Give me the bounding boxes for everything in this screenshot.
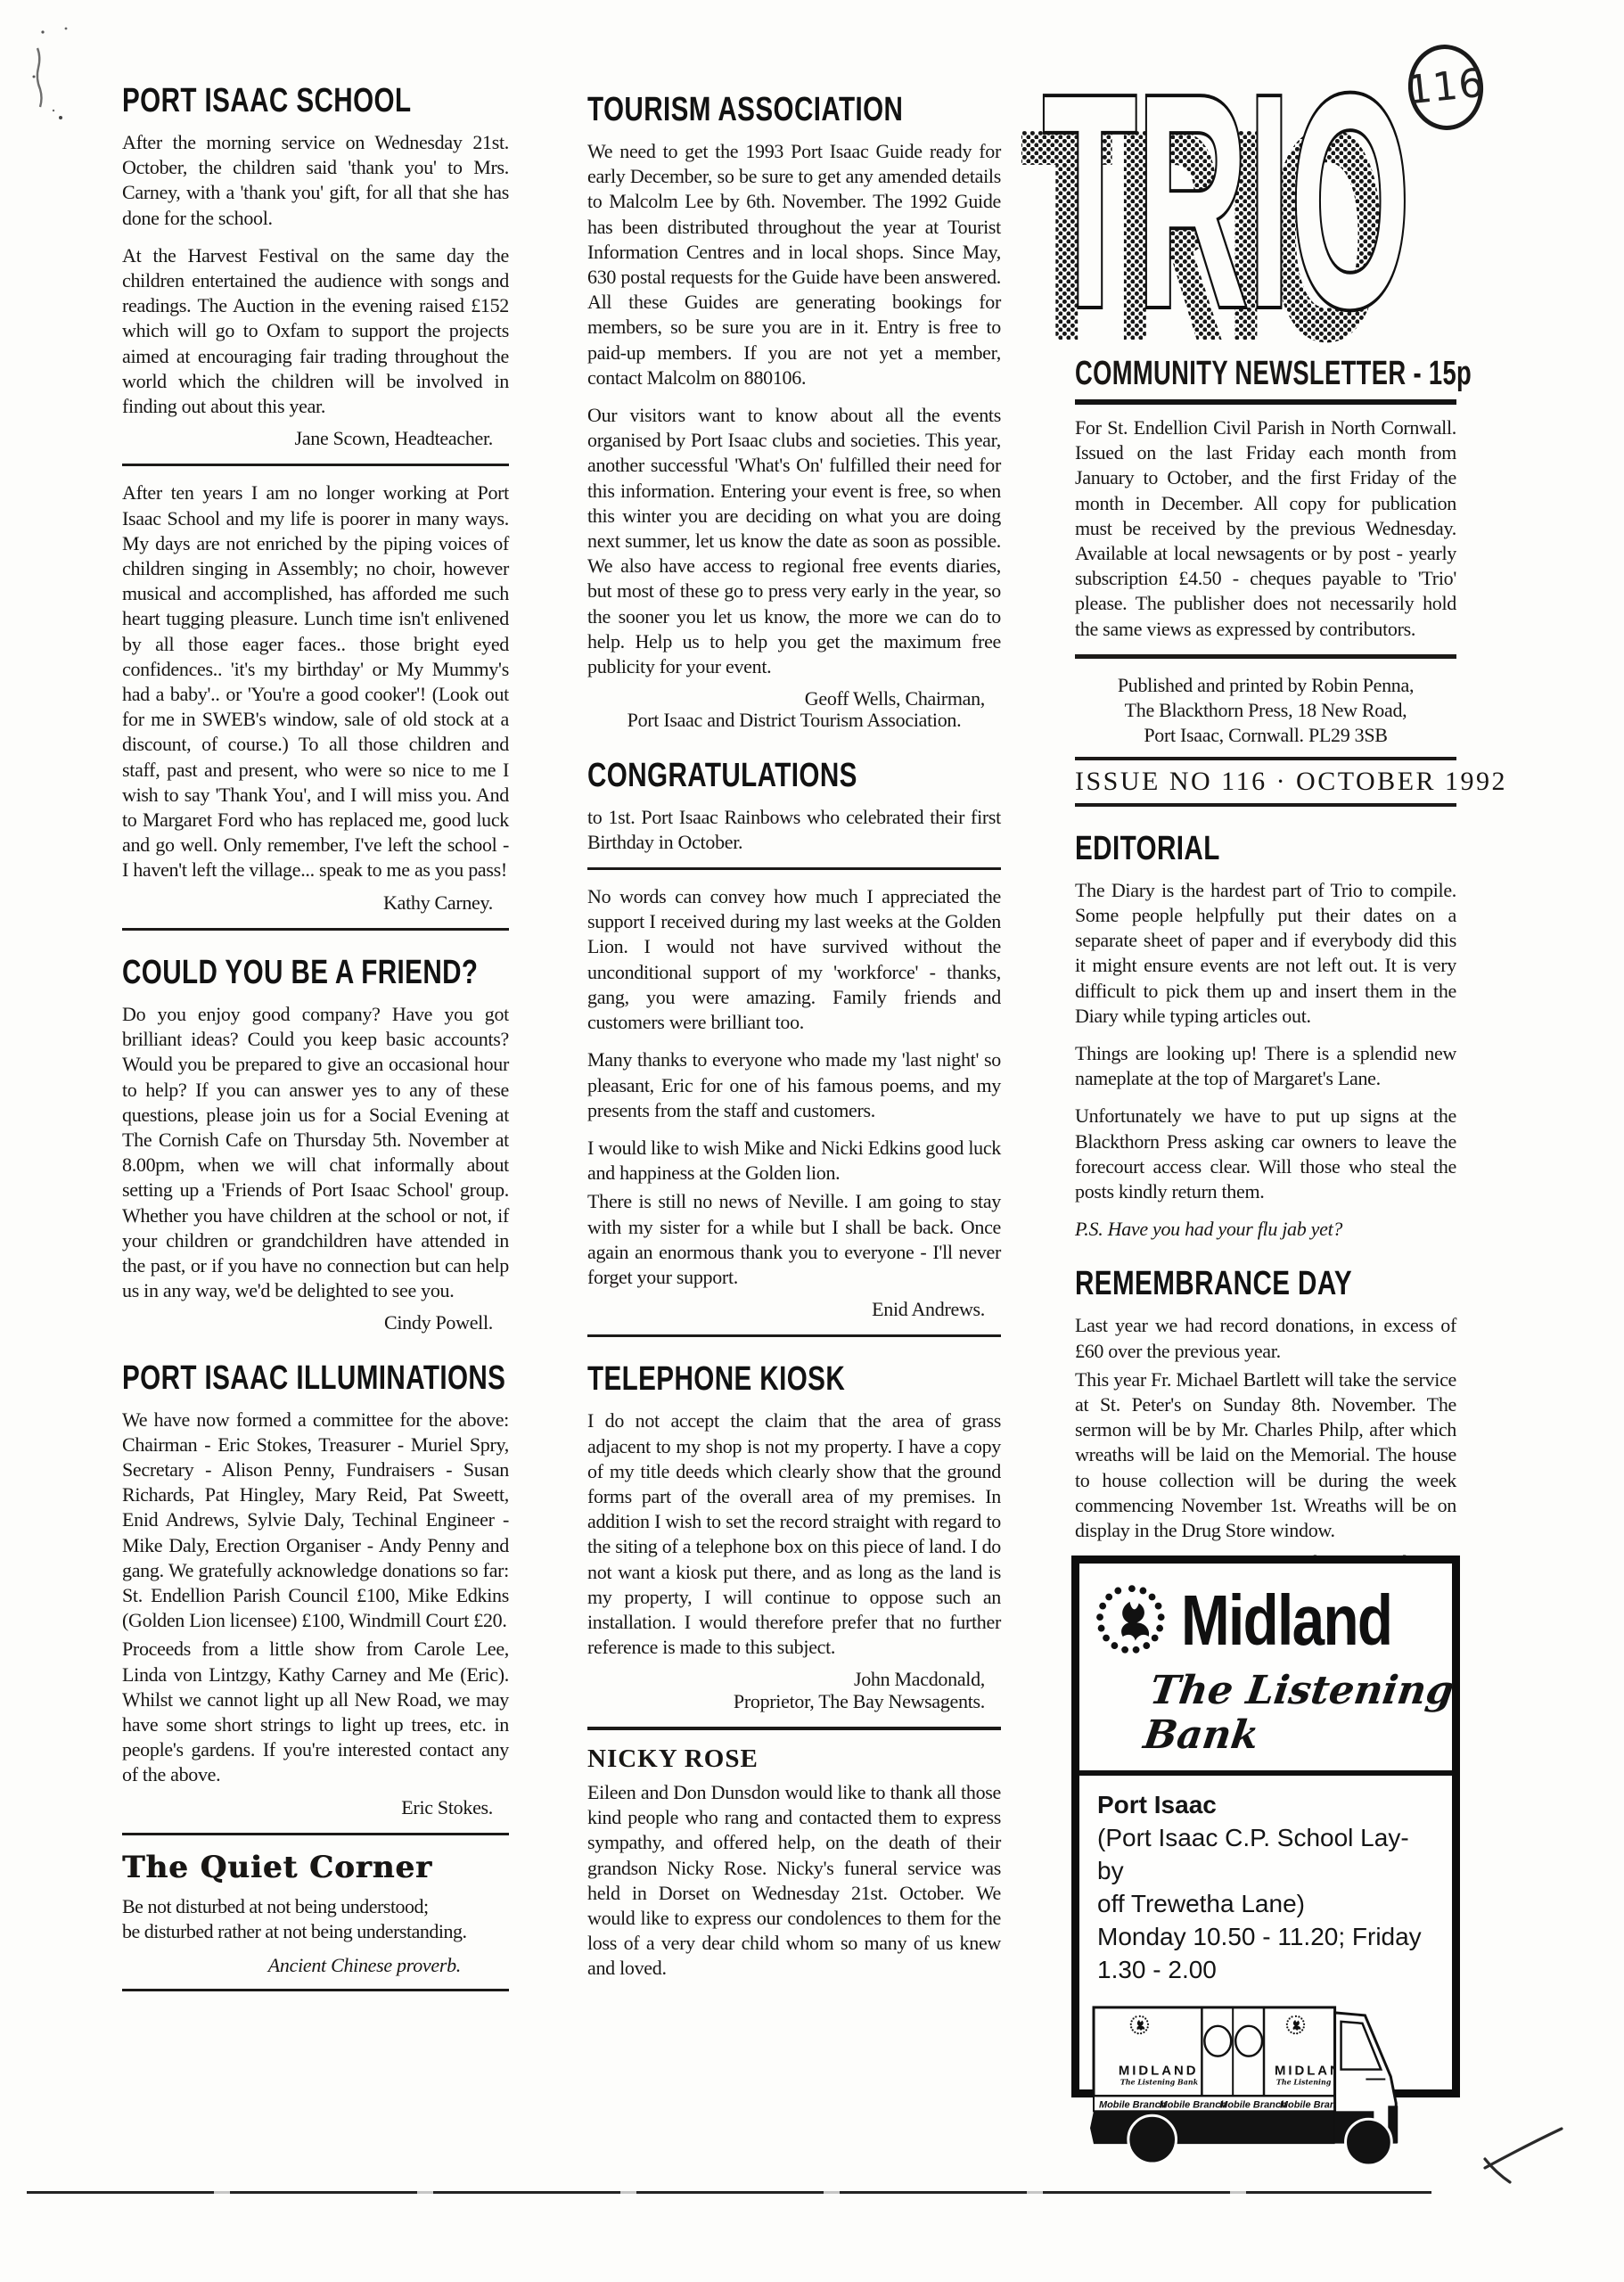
van-tagline-left: The Listening Bank xyxy=(1120,2078,1199,2086)
friend-paragraph: Do you enjoy good company? Have you got … xyxy=(122,1002,509,1303)
illuminations-signoff: Eric Stokes. xyxy=(122,1795,509,1820)
article-heading-editorial: EDITORIAL xyxy=(1075,830,1456,867)
article-heading-nicky-rose: NICKY ROSE xyxy=(587,1746,1001,1771)
trio-logo-text: TRIO xyxy=(1043,49,1410,371)
divider xyxy=(1075,757,1456,760)
midland-tagline: The Listening Bank xyxy=(1141,1669,1458,1758)
van-strip-label-2: Mobile Branch xyxy=(1160,2099,1227,2110)
divider xyxy=(587,867,1001,870)
van-strip-label-3: Mobile Branch xyxy=(1219,2099,1287,2110)
midland-griffin-icon xyxy=(1094,1578,1170,1663)
divider xyxy=(1079,1770,1452,1776)
newsletter-page: PORT ISAAC SCHOOL After the morning serv… xyxy=(0,0,1624,2282)
editorial-ps: P.S. Have you had your flu jab yet? xyxy=(1075,1217,1456,1242)
editorial-paragraph-2: Things are looking up! There is a splend… xyxy=(1075,1041,1456,1091)
remembrance-paragraph-1: Last year we had record donations, in ex… xyxy=(1075,1313,1456,1363)
midland-location: Port Isaac xyxy=(1097,1788,1434,1821)
article-heading-illuminations: PORT ISAAC ILLUMINATIONS xyxy=(122,1359,509,1397)
divider xyxy=(587,1334,1001,1337)
handwritten-check-mark xyxy=(1469,2120,1576,2196)
article-heading-port-isaac-school: PORT ISAAC SCHOOL xyxy=(122,82,509,119)
divider xyxy=(1075,654,1456,659)
midland-branch-info: Port Isaac (Port Isaac C.P. School Lay-b… xyxy=(1079,1785,1452,1986)
quiet-corner-line-2: be disturbed rather at not being underst… xyxy=(122,1919,509,1944)
midland-detail-2: off Trewetha Lane) xyxy=(1097,1887,1434,1920)
tourism-paragraph-2: Our visitors want to know about all the … xyxy=(587,403,1001,679)
school-paragraph-1: After the morning service on Wednesday 2… xyxy=(122,130,509,231)
school-paragraph-2: At the Harvest Festival on the same day … xyxy=(122,243,509,419)
enid-paragraph-4: There is still no news of Neville. I am … xyxy=(587,1189,1001,1290)
van-strip-label-1: Mobile Branch xyxy=(1099,2099,1167,2110)
congratulations-paragraph: to 1st. Port Isaac Rainbows who celebrat… xyxy=(587,805,1001,855)
illuminations-paragraph-2: Proceeds from a little show from Carole … xyxy=(122,1637,509,1787)
tourism-signoff-org: Port Isaac and District Tourism Associat… xyxy=(587,708,1001,733)
article-heading-tourism: TOURISM ASSOCIATION xyxy=(587,91,1001,128)
editorial-paragraph-3: Unfortunately we have to put up signs at… xyxy=(1075,1104,1456,1204)
enid-signoff: Enid Andrews. xyxy=(587,1297,1001,1322)
kiosk-signoff-role: Proprietor, The Bay Newsagents. xyxy=(587,1689,1001,1714)
midland-detail-1: (Port Isaac C.P. School Lay-by xyxy=(1097,1821,1434,1887)
enid-paragraph-1: No words can convey how much I appreciat… xyxy=(587,884,1001,1035)
enid-paragraph-3: I would like to wish Mike and Nicki Edki… xyxy=(587,1136,1001,1186)
quiet-corner-line-1: Be not disturbed at not being understood… xyxy=(122,1894,509,1919)
tourism-paragraph-1: We need to get the 1993 Port Isaac Guide… xyxy=(587,139,1001,390)
nicky-rose-paragraph: Eileen and Don Dunsdon would like to tha… xyxy=(587,1780,1001,1982)
divider xyxy=(587,1727,1001,1730)
masthead-title: COMMUNITY NEWSLETTER - 15p xyxy=(1075,355,1456,405)
friend-signoff: Cindy Powell. xyxy=(122,1310,509,1335)
farewell-paragraph: After ten years I am no longer working a… xyxy=(122,480,509,882)
page-bottom-rule xyxy=(27,2191,1431,2194)
midland-brand-row: Midland xyxy=(1079,1564,1452,1663)
masthead-intro: For St. Endellion Civil Parish in North … xyxy=(1075,415,1456,642)
mobile-branch-van-illustration: MIDLAND The Listening Bank MIDLAND The L… xyxy=(1088,1995,1443,2166)
column-right: COMMUNITY NEWSLETTER - 15p For St. Endel… xyxy=(1075,355,1456,1610)
divider xyxy=(122,464,509,466)
publisher-line-3: Port Isaac, Cornwall. PL29 3SB xyxy=(1075,723,1456,748)
midland-brand-name: Midland xyxy=(1181,1585,1391,1656)
kiosk-paragraph: I do not accept the claim that the area … xyxy=(587,1408,1001,1660)
remembrance-paragraph-2: This year Fr. Michael Bartlett will take… xyxy=(1075,1367,1456,1543)
farewell-signoff: Kathy Carney. xyxy=(122,891,509,915)
publisher-line-1: Published and printed by Robin Penna, xyxy=(1075,673,1456,698)
van-brand-left: MIDLAND xyxy=(1119,2064,1199,2079)
article-heading-quiet-corner: The Quiet Corner xyxy=(122,1850,509,1885)
divider xyxy=(122,1989,509,1991)
divider xyxy=(1075,803,1456,807)
midland-times: Monday 10.50 - 11.20; Friday 1.30 - 2.00 xyxy=(1097,1920,1434,1986)
divider xyxy=(122,928,509,931)
article-heading-telephone-kiosk: TELEPHONE KIOSK xyxy=(587,1360,1001,1398)
enid-paragraph-2: Many thanks to everyone who made my 'las… xyxy=(587,1047,1001,1123)
column-left: PORT ISAAC SCHOOL After the morning serv… xyxy=(122,82,509,2006)
editorial-paragraph-1: The Diary is the hardest part of Trio to… xyxy=(1075,878,1456,1029)
quiet-corner-attribution: Ancient Chinese proverb. xyxy=(122,1953,509,1978)
school-signoff: Jane Scown, Headteacher. xyxy=(122,426,509,451)
publisher-line-2: The Blackthorn Press, 18 New Road, xyxy=(1075,698,1456,723)
article-heading-remembrance-day: REMEMBRANCE DAY xyxy=(1075,1265,1456,1302)
illuminations-paragraph-1: We have now formed a committee for the a… xyxy=(122,1408,509,1634)
column-middle: TOURISM ASSOCIATION We need to get the 1… xyxy=(587,91,1001,1994)
scan-ink-marks xyxy=(27,25,98,132)
article-heading-could-you-be-a-friend: COULD YOU BE A FRIEND? xyxy=(122,954,509,991)
article-heading-congratulations: CONGRATULATIONS xyxy=(587,757,1001,794)
midland-bank-advert: Midland The Listening Bank Port Isaac (P… xyxy=(1071,1556,1460,2097)
divider xyxy=(122,1833,509,1835)
issue-line: ISSUE NO 116 · OCTOBER 1992 xyxy=(1075,766,1456,798)
